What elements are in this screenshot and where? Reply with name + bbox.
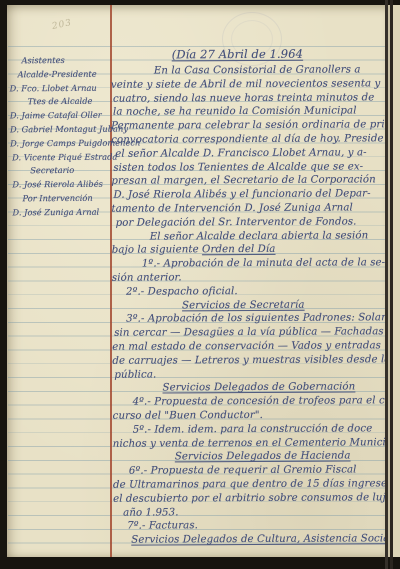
attendee-line: D. José Rierola Alibés bbox=[10, 178, 110, 192]
attendee-line: Secretario bbox=[10, 164, 110, 178]
scan-edge-bottom bbox=[0, 557, 400, 569]
minutes-line-text: 4º.- Propuesta de concesión de trofeos p… bbox=[133, 395, 400, 407]
minutes-line: curso del "Buen Conductor". bbox=[113, 408, 385, 423]
attendee-line-text: D. Jaime Catafal Oller bbox=[10, 110, 102, 121]
scan-edge-left bbox=[0, 0, 7, 569]
minutes-line: nichos y venta de terrenos en el Cemente… bbox=[113, 436, 385, 451]
attendee-line-text: D. José Zuniga Arnal bbox=[12, 206, 99, 217]
minutes-line-underlined-text: Servicios Delegados de Hacienda bbox=[175, 451, 351, 463]
minutes-line-text: convocatoria correspondiente al día de h… bbox=[111, 133, 383, 145]
minutes-line-text: pública. bbox=[114, 369, 156, 380]
minutes-line: sin cercar — Desagües a la vía pública —… bbox=[112, 325, 384, 340]
minutes-line: 6º.- Propuesta de requerir al Gremio Fis… bbox=[113, 463, 385, 478]
minutes-line-text: bajo la siguiente bbox=[112, 245, 202, 256]
scanned-minutes-page: 203 Asistentes Alcalde-Presidente D. Fco… bbox=[0, 0, 400, 569]
minutes-line-underlined-text: Servicios de Secretaría bbox=[182, 299, 305, 311]
attendees-margin-column: Asistentes Alcalde-Presidente D. Fco. Ll… bbox=[9, 54, 110, 220]
attendee-line: Por Intervención bbox=[10, 192, 110, 206]
minutes-line-text: por Delegación del Sr. Interventor de Fo… bbox=[116, 216, 357, 228]
minutes-line: sisten todos los Tenientes de Alcalde qu… bbox=[111, 160, 383, 175]
attendee-line-text: Ttes de Alcalde bbox=[28, 96, 93, 106]
minutes-line: tamento de Intervención D. José Zuniga A… bbox=[112, 201, 384, 216]
attendee-line-text: Por Intervención bbox=[22, 193, 92, 203]
minutes-line: 2º.- Despacho oficial. bbox=[112, 284, 384, 299]
minutes-line-text: 1º.- Aprobación de la minuta del acta de… bbox=[142, 257, 385, 269]
minutes-line-text: 6º.- Propuesta de requerir al Gremio Fis… bbox=[129, 465, 357, 477]
minutes-line-text: sión anterior. bbox=[112, 272, 182, 283]
minutes-line: de Ultramarinos para que dentro de 15 dí… bbox=[113, 477, 385, 492]
minutes-line: 7º.- Facturas. bbox=[113, 519, 385, 534]
minutes-line-text: en mal estado de conservación — Vados y … bbox=[112, 340, 381, 352]
minutes-line: Servicios de Secretaría bbox=[112, 298, 384, 313]
minutes-line: 5º.- Idem. idem. para la construcción de… bbox=[113, 422, 385, 437]
minutes-line: veinte y siete de Abril de mil novecient… bbox=[111, 77, 383, 92]
attendee-line: D. Jaime Catafal Oller bbox=[10, 109, 110, 123]
minutes-line: Servicios Delegados de Cultura, Asistenc… bbox=[113, 532, 385, 547]
attendee-line-text: Alcalde-Presidente bbox=[18, 69, 97, 80]
minutes-line-text: presan al margen, el Secretario de la Co… bbox=[111, 175, 375, 187]
minutes-line-text: En la Casa Consistorial de Granollers a bbox=[154, 64, 361, 76]
minutes-line: Servicios Delegados de Gobernación bbox=[112, 381, 384, 396]
minutes-line: cuatro, siendo las nueve horas treinta m… bbox=[111, 91, 383, 106]
minutes-line: (Día 27 Abril de 1.964 bbox=[111, 45, 383, 64]
minutes-line-text: 5º.- Idem. idem. para la construcción de… bbox=[133, 423, 373, 435]
minutes-line: convocatoria correspondiente al día de h… bbox=[111, 132, 383, 147]
minutes-line: por Delegación del Sr. Interventor de Fo… bbox=[112, 215, 384, 230]
minutes-line-text: cuatro, siendo las nueve horas treinta m… bbox=[113, 92, 374, 104]
minutes-line-text: El señor Alcalde declara abierta la sesi… bbox=[150, 230, 369, 242]
minutes-line: bajo la siguiente Orden del Día bbox=[112, 243, 384, 258]
minutes-line-text: el descubierto por el arbitrio sobre con… bbox=[113, 492, 395, 504]
scan-edge-top bbox=[0, 0, 400, 5]
attendee-line-text: Secretario bbox=[30, 165, 74, 175]
attendee-line: D. Vicente Piqué Estrada bbox=[10, 150, 110, 164]
minutes-line: pública. bbox=[112, 367, 384, 382]
minutes-line: El señor Alcalde declara abierta la sesi… bbox=[112, 229, 384, 244]
minutes-line-underlined-text: Servicios Delegados de Cultura, Asistenc… bbox=[131, 533, 400, 545]
minutes-line-text: tamento de Intervención D. José Zuniga A… bbox=[112, 202, 353, 214]
minutes-line: En la Casa Consistorial de Granollers a bbox=[111, 63, 383, 78]
minutes-line: de carruajes — Letreros y muestras visib… bbox=[112, 353, 384, 368]
minutes-line-underlined-text: Orden del Día bbox=[202, 244, 275, 255]
attendee-line-text: Asistentes bbox=[21, 55, 64, 65]
minutes-line-text: 3º.- Aprobación de los siguientes Padron… bbox=[126, 313, 397, 325]
attendee-line: D. Gabriel Montagut Jubany bbox=[10, 123, 110, 137]
minutes-line: presan al margen, el Secretario de la Co… bbox=[111, 174, 383, 189]
minutes-line: Servicios Delegados de Hacienda bbox=[113, 450, 385, 465]
minutes-line: 3º.- Aprobación de los siguientes Padron… bbox=[112, 312, 384, 327]
attendee-line: D. José Zuniga Arnal bbox=[10, 205, 110, 219]
attendee-line: D. Jorge Camps Puigdomenech bbox=[10, 136, 110, 150]
minutes-line-text: de Ultramarinos para que dentro de 15 dí… bbox=[113, 478, 387, 490]
next-page-edge bbox=[393, 5, 400, 557]
minutes-line: 4º.- Propuesta de concesión de trofeos p… bbox=[113, 394, 385, 409]
minutes-line-text: sin cercar — Desagües a la vía pública —… bbox=[114, 326, 384, 338]
minutes-line-text: 7º.- Facturas. bbox=[127, 521, 198, 532]
minutes-line-text: Permanente para celebrar la sesión ordin… bbox=[111, 119, 400, 132]
minutes-body-column: (Día 27 Abril de 1.964 En la Casa Consis… bbox=[111, 45, 386, 547]
minutes-line-underlined-text: Servicios Delegados de Gobernación bbox=[162, 382, 355, 394]
attendee-line-text: D. Vicente Piqué Estrada bbox=[12, 151, 117, 162]
minutes-line-underlined-text: (Día 27 Abril de 1.964 bbox=[172, 47, 303, 62]
minutes-line: 1º.- Aprobación de la minuta del acta de… bbox=[112, 256, 384, 271]
minutes-line: Permanente para celebrar la sesión ordin… bbox=[111, 118, 383, 133]
attendee-line: Ttes de Alcalde bbox=[10, 95, 110, 109]
attendee-line-text: D. Fco. Llobet Arnau bbox=[10, 82, 97, 93]
minutes-line-text: la noche, se ha reunido la Comisión Muni… bbox=[113, 106, 357, 118]
minutes-line-text: año 1.953. bbox=[123, 507, 178, 518]
minutes-line: año 1.953. bbox=[113, 505, 385, 520]
minutes-line: D. José Rierola Alibés y el funcionario … bbox=[111, 187, 383, 202]
minutes-line: la noche, se ha reunido la Comisión Muni… bbox=[111, 105, 383, 120]
attendee-line-text: D. José Rierola Alibés bbox=[12, 179, 103, 190]
attendee-line: Asistentes bbox=[9, 54, 109, 68]
minutes-line: el señor Alcalde D. Francisco Llobet Arn… bbox=[111, 146, 383, 161]
minutes-line-text: de carruajes — Letreros y muestras visib… bbox=[112, 354, 400, 367]
minutes-line: el descubierto por el arbitrio sobre con… bbox=[113, 491, 385, 506]
minutes-line-text: nichos y venta de terrenos en el Cemente… bbox=[113, 437, 400, 450]
minutes-line-text: veinte y siete de Abril de mil novecient… bbox=[111, 78, 381, 90]
minutes-line-text: sisten todos los Tenientes de Alcalde qu… bbox=[113, 161, 363, 173]
minutes-line: sión anterior. bbox=[112, 270, 384, 285]
minutes-line-text: curso del "Buen Conductor". bbox=[113, 410, 263, 422]
attendee-line: D. Fco. Llobet Arnau bbox=[10, 81, 110, 95]
minutes-line-text: el señor Alcalde D. Francisco Llobet Arn… bbox=[115, 147, 366, 159]
minutes-line-text: D. José Rierola Alibés y el funcionario … bbox=[113, 189, 370, 201]
minutes-line-text: 2º.- Despacho oficial. bbox=[126, 286, 238, 298]
minutes-line: en mal estado de conservación — Vados y … bbox=[112, 339, 384, 354]
attendee-line: Alcalde-Presidente bbox=[10, 67, 110, 81]
